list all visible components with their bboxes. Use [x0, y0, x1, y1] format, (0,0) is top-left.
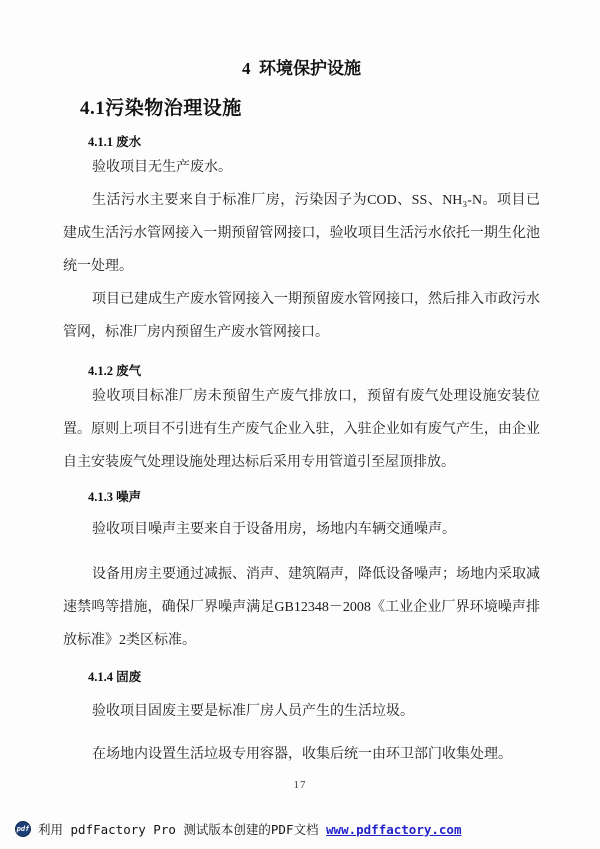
paragraph-wastegas-1: 验收项目标准厂房未预留生产废气排放口，预留有废气处理设施安装位置。原则上项目不引… [63, 380, 540, 479]
subsection-heading-4-1-4: 4.1.4 固废 [88, 668, 540, 686]
pdffactory-logo-icon: pdf [15, 821, 31, 837]
section-heading-4-1: 4.1污染物治理设施 [80, 96, 540, 122]
document-page: 4 环境保护设施 4.1污染物治理设施 4.1.1 废水 验收项目无生产废水。 … [0, 0, 600, 849]
paragraph-wastewater-3: 项目已建成生产废水管网接入一期预留废水管网接口，然后排入市政污水管网，标准厂房内… [63, 283, 540, 349]
page-number: 17 [0, 779, 600, 791]
document-content: 4 环境保护设施 4.1污染物治理设施 4.1.1 废水 验收项目无生产废水。 … [63, 0, 540, 771]
paragraph-solidwaste-1: 验收项目固废主要是标准厂房人员产生的生活垃圾。 [63, 695, 540, 728]
watermark-text: 利用 pdfFactory Pro 测试版本创建的PDF文档 [38, 820, 326, 838]
subsection-heading-4-1-1: 4.1.1 废水 [88, 133, 540, 151]
subsection-heading-4-1-2: 4.1.2 废气 [88, 362, 540, 380]
paragraph-noise-2: 设备用房主要通过减振、消声、建筑隔声，降低设备噪声；场地内采取减速禁鸣等措施，确… [63, 558, 540, 657]
paragraph-wastewater-2: 生活污水主要来自于标准厂房，污染因子为COD、SS、NH₃-N。项目已建成生活污… [63, 184, 540, 283]
paragraph-noise-1: 验收项目噪声主要来自于设备用房，场地内车辆交通噪声。 [63, 513, 540, 546]
pdffactory-watermark: pdf 利用 pdfFactory Pro 测试版本创建的PDF文档 www.p… [15, 820, 461, 838]
chapter-title: 4 环境保护设施 [63, 57, 540, 81]
subsection-heading-4-1-3: 4.1.3 噪声 [88, 488, 540, 506]
pdffactory-link[interactable]: www.pdffactory.com [326, 822, 461, 837]
paragraph-wastewater-1: 验收项目无生产废水。 [63, 151, 540, 184]
paragraph-solidwaste-2: 在场地内设置生活垃圾专用容器，收集后统一由环卫部门收集处理。 [63, 738, 540, 771]
